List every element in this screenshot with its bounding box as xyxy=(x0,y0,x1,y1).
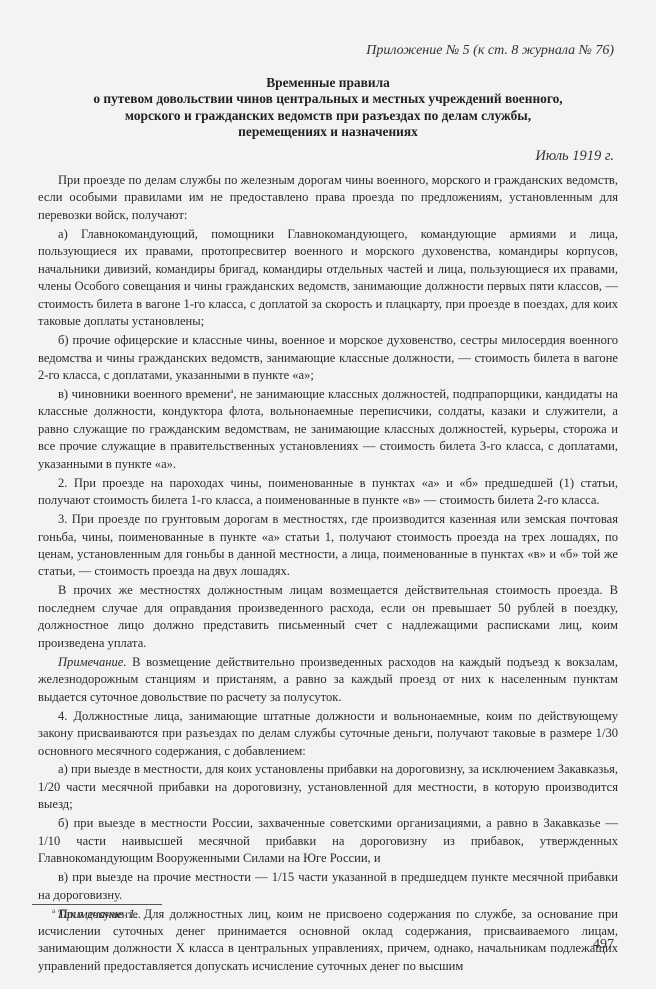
note-label: Примечание. xyxy=(58,655,126,669)
paragraph: в) при выезде на прочие местности — 1/15… xyxy=(38,869,618,904)
paragraph: а) Главнокомандующий, помощники Главноко… xyxy=(38,226,618,331)
document-date: Июль 1919 г. xyxy=(535,148,614,165)
footnote-text: Так в документе. xyxy=(55,909,141,921)
page-number: 497 xyxy=(593,937,614,953)
paragraph: В прочих же местностях должностным лицам… xyxy=(38,582,618,652)
body-text: При проезде по делам службы по железным … xyxy=(38,172,618,977)
title-line: морского и гражданских ведомств при разъ… xyxy=(40,108,616,124)
footnote-divider xyxy=(32,904,162,905)
paragraph: 3. При проезде по грунтовым дорогам в ме… xyxy=(38,511,618,581)
paragraph: в) чиновники военного времениa, не заним… xyxy=(38,386,618,473)
paragraph: б) прочие офицерские и классные чины, во… xyxy=(38,332,618,384)
paragraph: а) при выезде в местности, для коих уста… xyxy=(38,761,618,813)
title-line: перемещениях и назначениях xyxy=(40,124,616,140)
appendix-reference: Приложение № 5 (к ст. 8 журнала № 76) xyxy=(366,43,614,59)
title-line: Временные правила xyxy=(40,75,616,91)
paragraph: б) при выезде в местности России, захвач… xyxy=(38,815,618,867)
paragraph-text: в) чиновники военного времени xyxy=(58,387,230,401)
paragraph: 4. Должностные лица, занимающие штатные … xyxy=(38,708,618,760)
note-paragraph: Примечание. В возмещение действительно п… xyxy=(38,654,618,706)
footnote: a Так в документе. xyxy=(52,909,141,921)
document-title: Временные правила о путевом довольствии … xyxy=(40,75,616,141)
paragraph: 2. При проезде на пароходах чины, поимен… xyxy=(38,475,618,510)
paragraph: При проезде по делам службы по железным … xyxy=(38,172,618,224)
document-page: Приложение № 5 (к ст. 8 журнала № 76) Вр… xyxy=(0,0,656,989)
title-line: о путевом довольствии чинов центральных … xyxy=(40,91,616,107)
